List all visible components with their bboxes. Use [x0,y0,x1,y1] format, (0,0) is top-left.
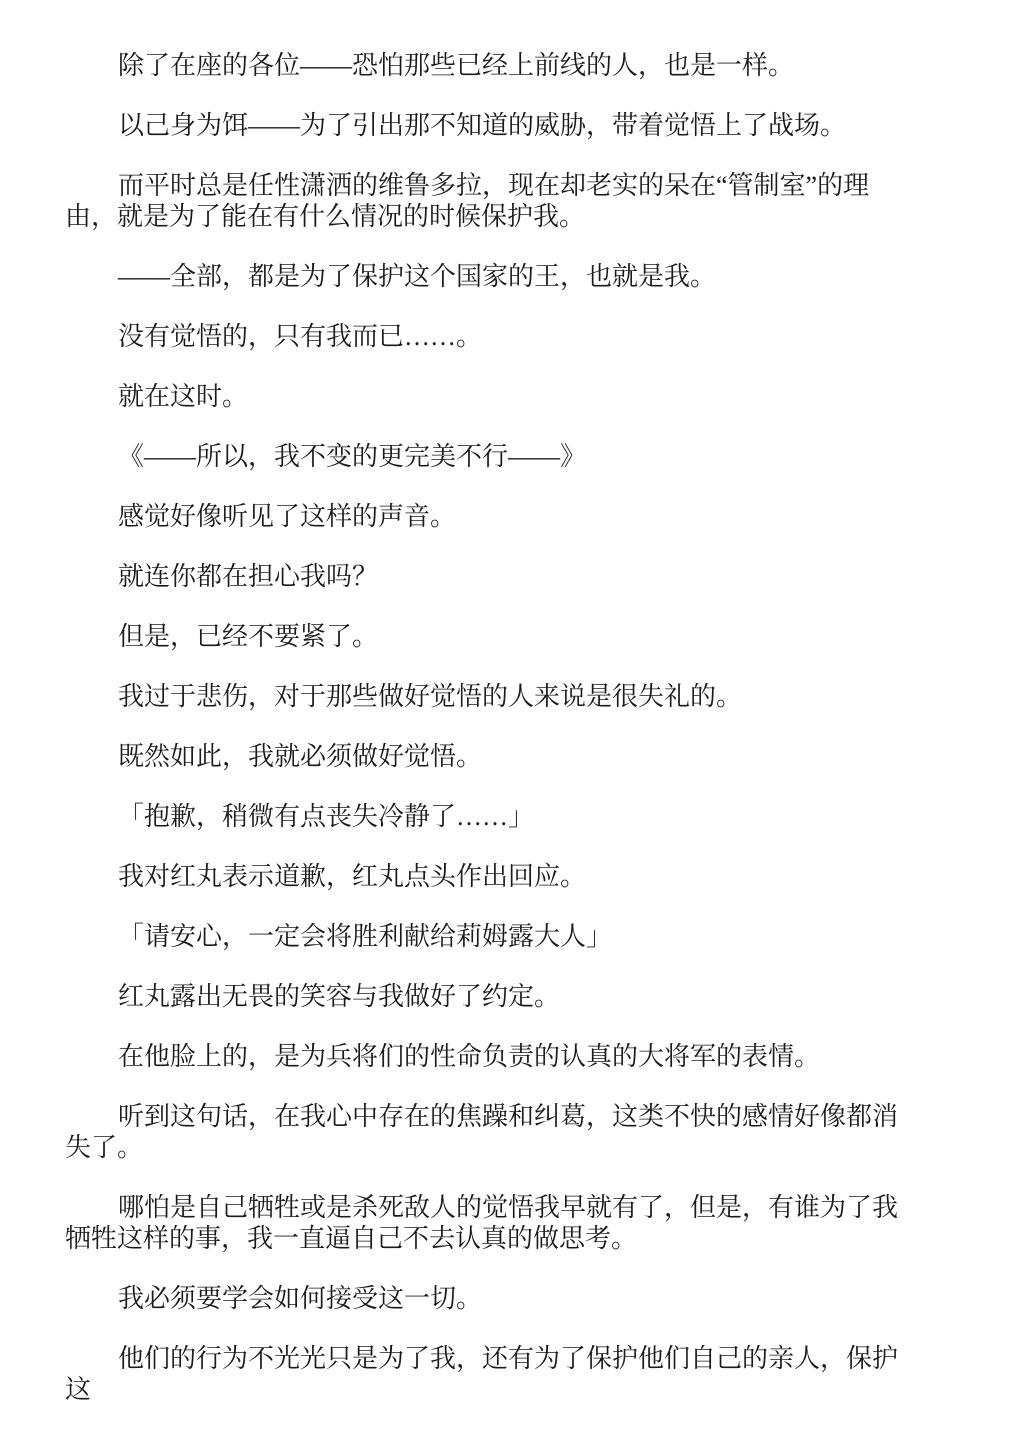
paragraph: 哪怕是自己牺牲或是杀死敌人的觉悟我早就有了，但是，有谁为了我牺牲这样的事，我一直… [65,1192,912,1254]
paragraph: 他们的行为不光光只是为了我，还有为了保护他们自己的亲人，保护这 [65,1343,912,1405]
paragraph: 而平时总是任性潇洒的维鲁多拉，现在却老实的呆在“管制室”的理由，就是为了能在有什… [65,170,912,232]
paragraph: 「请安心，一定会将胜利献给莉姆露大人」 [65,921,912,952]
paragraph: 《——所以，我不变的更完美不行——》 [65,441,912,472]
paragraph: ——全部，都是为了保护这个国家的王，也就是我。 [65,261,912,292]
document-page: 除了在座的各位——恐怕那些已经上前线的人，也是一样。以己身为饵——为了引出那不知… [0,0,1017,1437]
paragraph: 我过于悲伤，对于那些做好觉悟的人来说是很失礼的。 [65,681,912,712]
paragraph: 感觉好像听见了这样的声音。 [65,501,912,532]
paragraph: 红丸露出无畏的笑容与我做好了约定。 [65,981,912,1012]
paragraph: 听到这句话，在我心中存在的焦躁和纠葛，这类不快的感情好像都消失了。 [65,1101,912,1163]
paragraph: 以己身为饵——为了引出那不知道的威胁，带着觉悟上了战场。 [65,110,912,141]
paragraph: 没有觉悟的，只有我而已……。 [65,321,912,352]
paragraph: 在他脸上的，是为兵将们的性命负责的认真的大将军的表情。 [65,1041,912,1072]
paragraph: 「抱歉，稍微有点丧失冷静了……」 [65,801,912,832]
paragraph: 但是，已经不要紧了。 [65,621,912,652]
paragraph: 既然如此，我就必须做好觉悟。 [65,741,912,772]
text-column: 除了在座的各位——恐怕那些已经上前线的人，也是一样。以己身为饵——为了引出那不知… [65,50,912,1405]
paragraph: 就连你都在担心我吗？ [65,561,912,592]
paragraph: 除了在座的各位——恐怕那些已经上前线的人，也是一样。 [65,50,912,81]
paragraph: 我必须要学会如何接受这一切。 [65,1283,912,1314]
paragraph: 就在这时。 [65,381,912,412]
paragraph: 我对红丸表示道歉，红丸点头作出回应。 [65,861,912,892]
